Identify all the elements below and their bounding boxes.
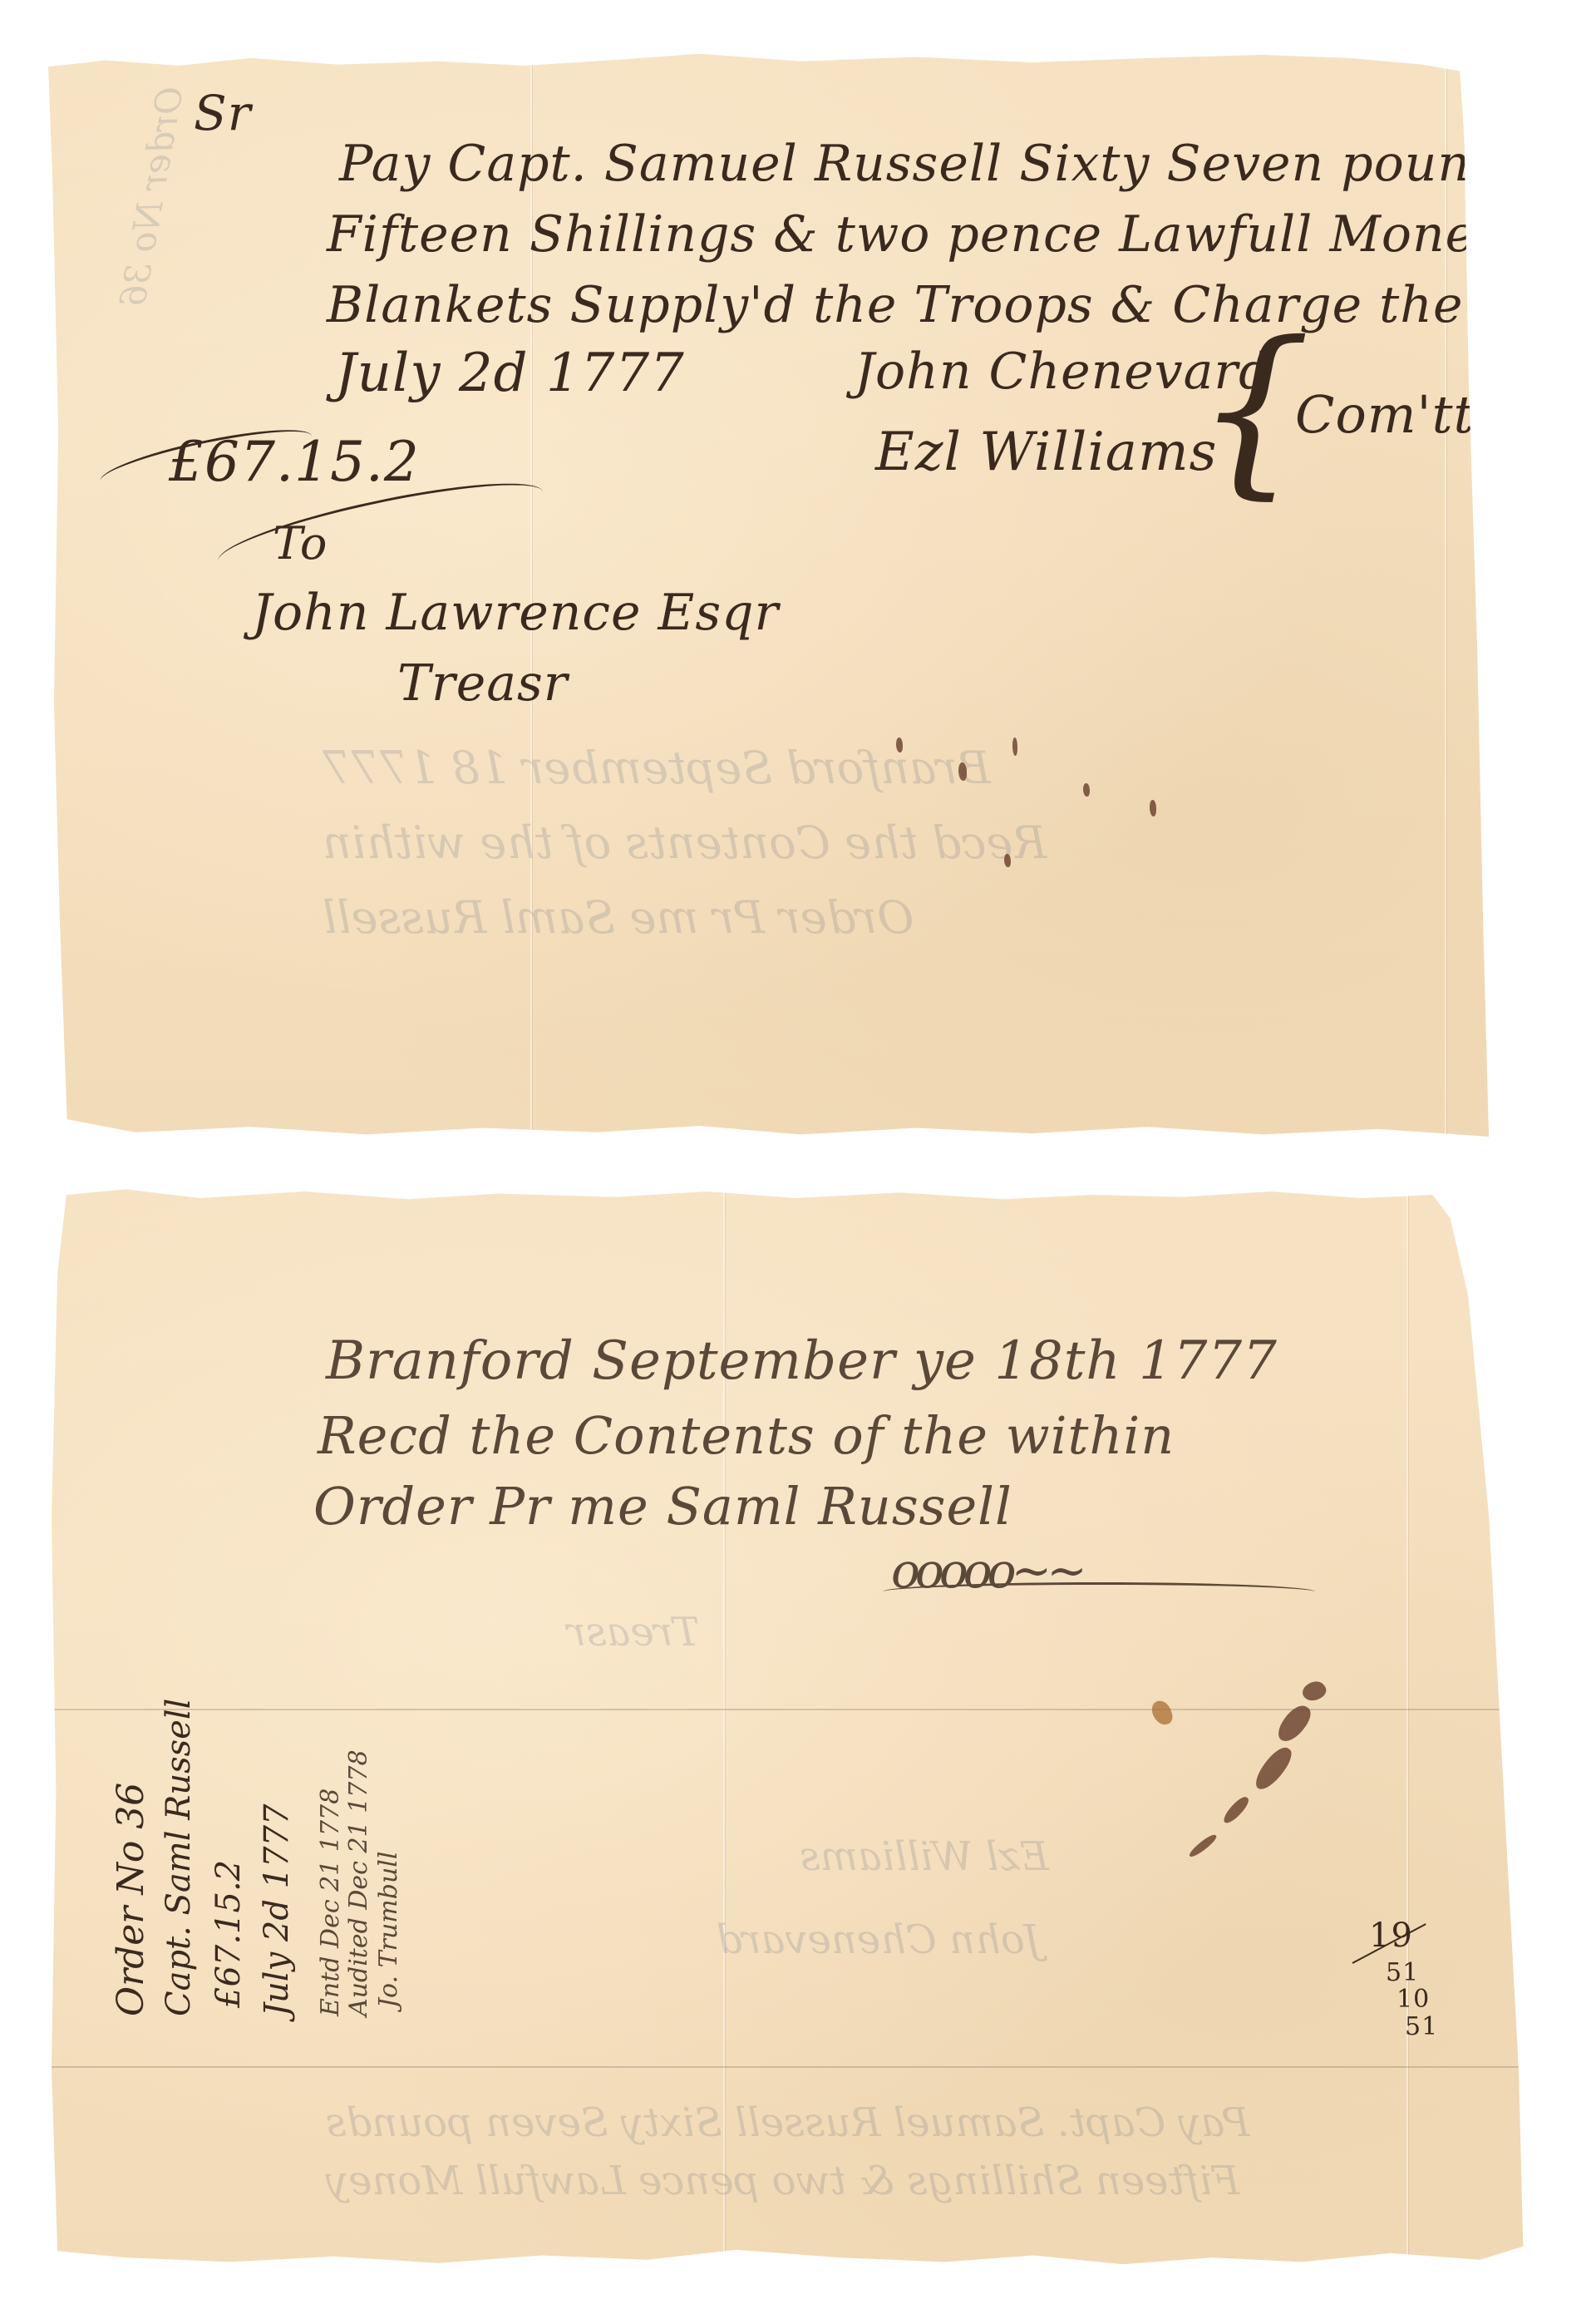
ink-blot [1004, 854, 1011, 867]
ink-stain [1150, 1698, 1175, 1728]
docket-line-order-number: Order No 36 [110, 1783, 152, 2016]
bleed-through-text: Pay Capt. Samuel Russell Sixty Seven pou… [326, 2099, 1249, 2146]
ink-blot [958, 762, 967, 781]
bleed-through-text: Fifteen Shillings & two pence Lawfull Mo… [326, 2158, 1239, 2204]
addressee-name: John Lawrence Esqr [252, 584, 779, 642]
docket-line-audited: Audited Dec 21 1778 [344, 1749, 373, 2016]
order-date: July 2d 1777 [335, 343, 685, 404]
bleed-through-text: Ezl Williams [800, 1833, 1049, 1880]
ink-stain [1187, 1832, 1218, 1859]
docket-line-payee: Capt. Saml Russell [160, 1699, 198, 2016]
tally-number: 51 [1386, 1958, 1419, 1987]
order-body-line-3: Blankets Supply'd the Troops & Charge th… [327, 276, 1495, 334]
bleed-through-text: Treasr [567, 1609, 700, 1655]
ink-stain [1221, 1793, 1251, 1827]
order-body-line-1: Pay Capt. Samuel Russell Sixty Seven pou… [339, 135, 1495, 193]
document-back-sheet: Pay Capt. Samuel Russell Sixty Seven pou… [52, 1185, 1539, 2291]
ink-blot [1012, 738, 1017, 756]
committee-mark: Com'tte [1295, 384, 1495, 445]
ink-blot [896, 738, 903, 752]
bleed-through-text: Recd the Contents of the within [323, 817, 1047, 869]
paper-fold-line [1406, 1185, 1408, 2291]
docket-line-date: July 2d 1777 [258, 1804, 296, 2016]
order-amount: £67.15.2 [169, 430, 420, 494]
bleed-through-text: Branford September 18 1777 [323, 742, 991, 794]
ink-blot [1083, 783, 1090, 797]
receipt-line-2: Recd the Contents of the within [318, 1405, 1175, 1466]
paper-fold-line [52, 2066, 1539, 2068]
signature-brace: { [1195, 318, 1312, 501]
signature-flourish [883, 1582, 1315, 1601]
order-body-line-2: Fifteen Shillings & two pence Lawfull Mo… [327, 205, 1495, 264]
tally-number: 51 [1405, 2012, 1438, 2041]
docket-line-amount: £67.15.2 [209, 1860, 248, 2008]
document-front-sheet: Branford September 18 1777 Recd the Cont… [48, 52, 1495, 1137]
ink-stain [1251, 1743, 1296, 1795]
bleed-through-text: John Chenevard [717, 1917, 1041, 1963]
ink-blot [1150, 800, 1156, 817]
receipt-line-3: Order Pr me Saml Russell [313, 1476, 1012, 1537]
signatory-2: Ezl Williams [875, 422, 1217, 483]
docket-line-entered: Entd Dec 21 1778 [316, 1788, 345, 2016]
salutation: Sr [194, 85, 251, 141]
ink-stain [1299, 1677, 1328, 1705]
ink-stain [1273, 1700, 1315, 1747]
receipt-line-1: Branford September ye 18th 1777 [326, 1330, 1278, 1392]
addressee-title: Treasr [397, 654, 568, 713]
bleed-through-text: Order Pr me Saml Russell [323, 891, 914, 944]
bleed-through-text: Order No 36 [112, 83, 191, 310]
addressee-to: To [273, 517, 328, 570]
tally-number: 10 [1396, 1985, 1430, 2014]
paper-fold-line [52, 1709, 1539, 1710]
docket-line-auditor: Jo. Trumbull [374, 1852, 403, 2008]
